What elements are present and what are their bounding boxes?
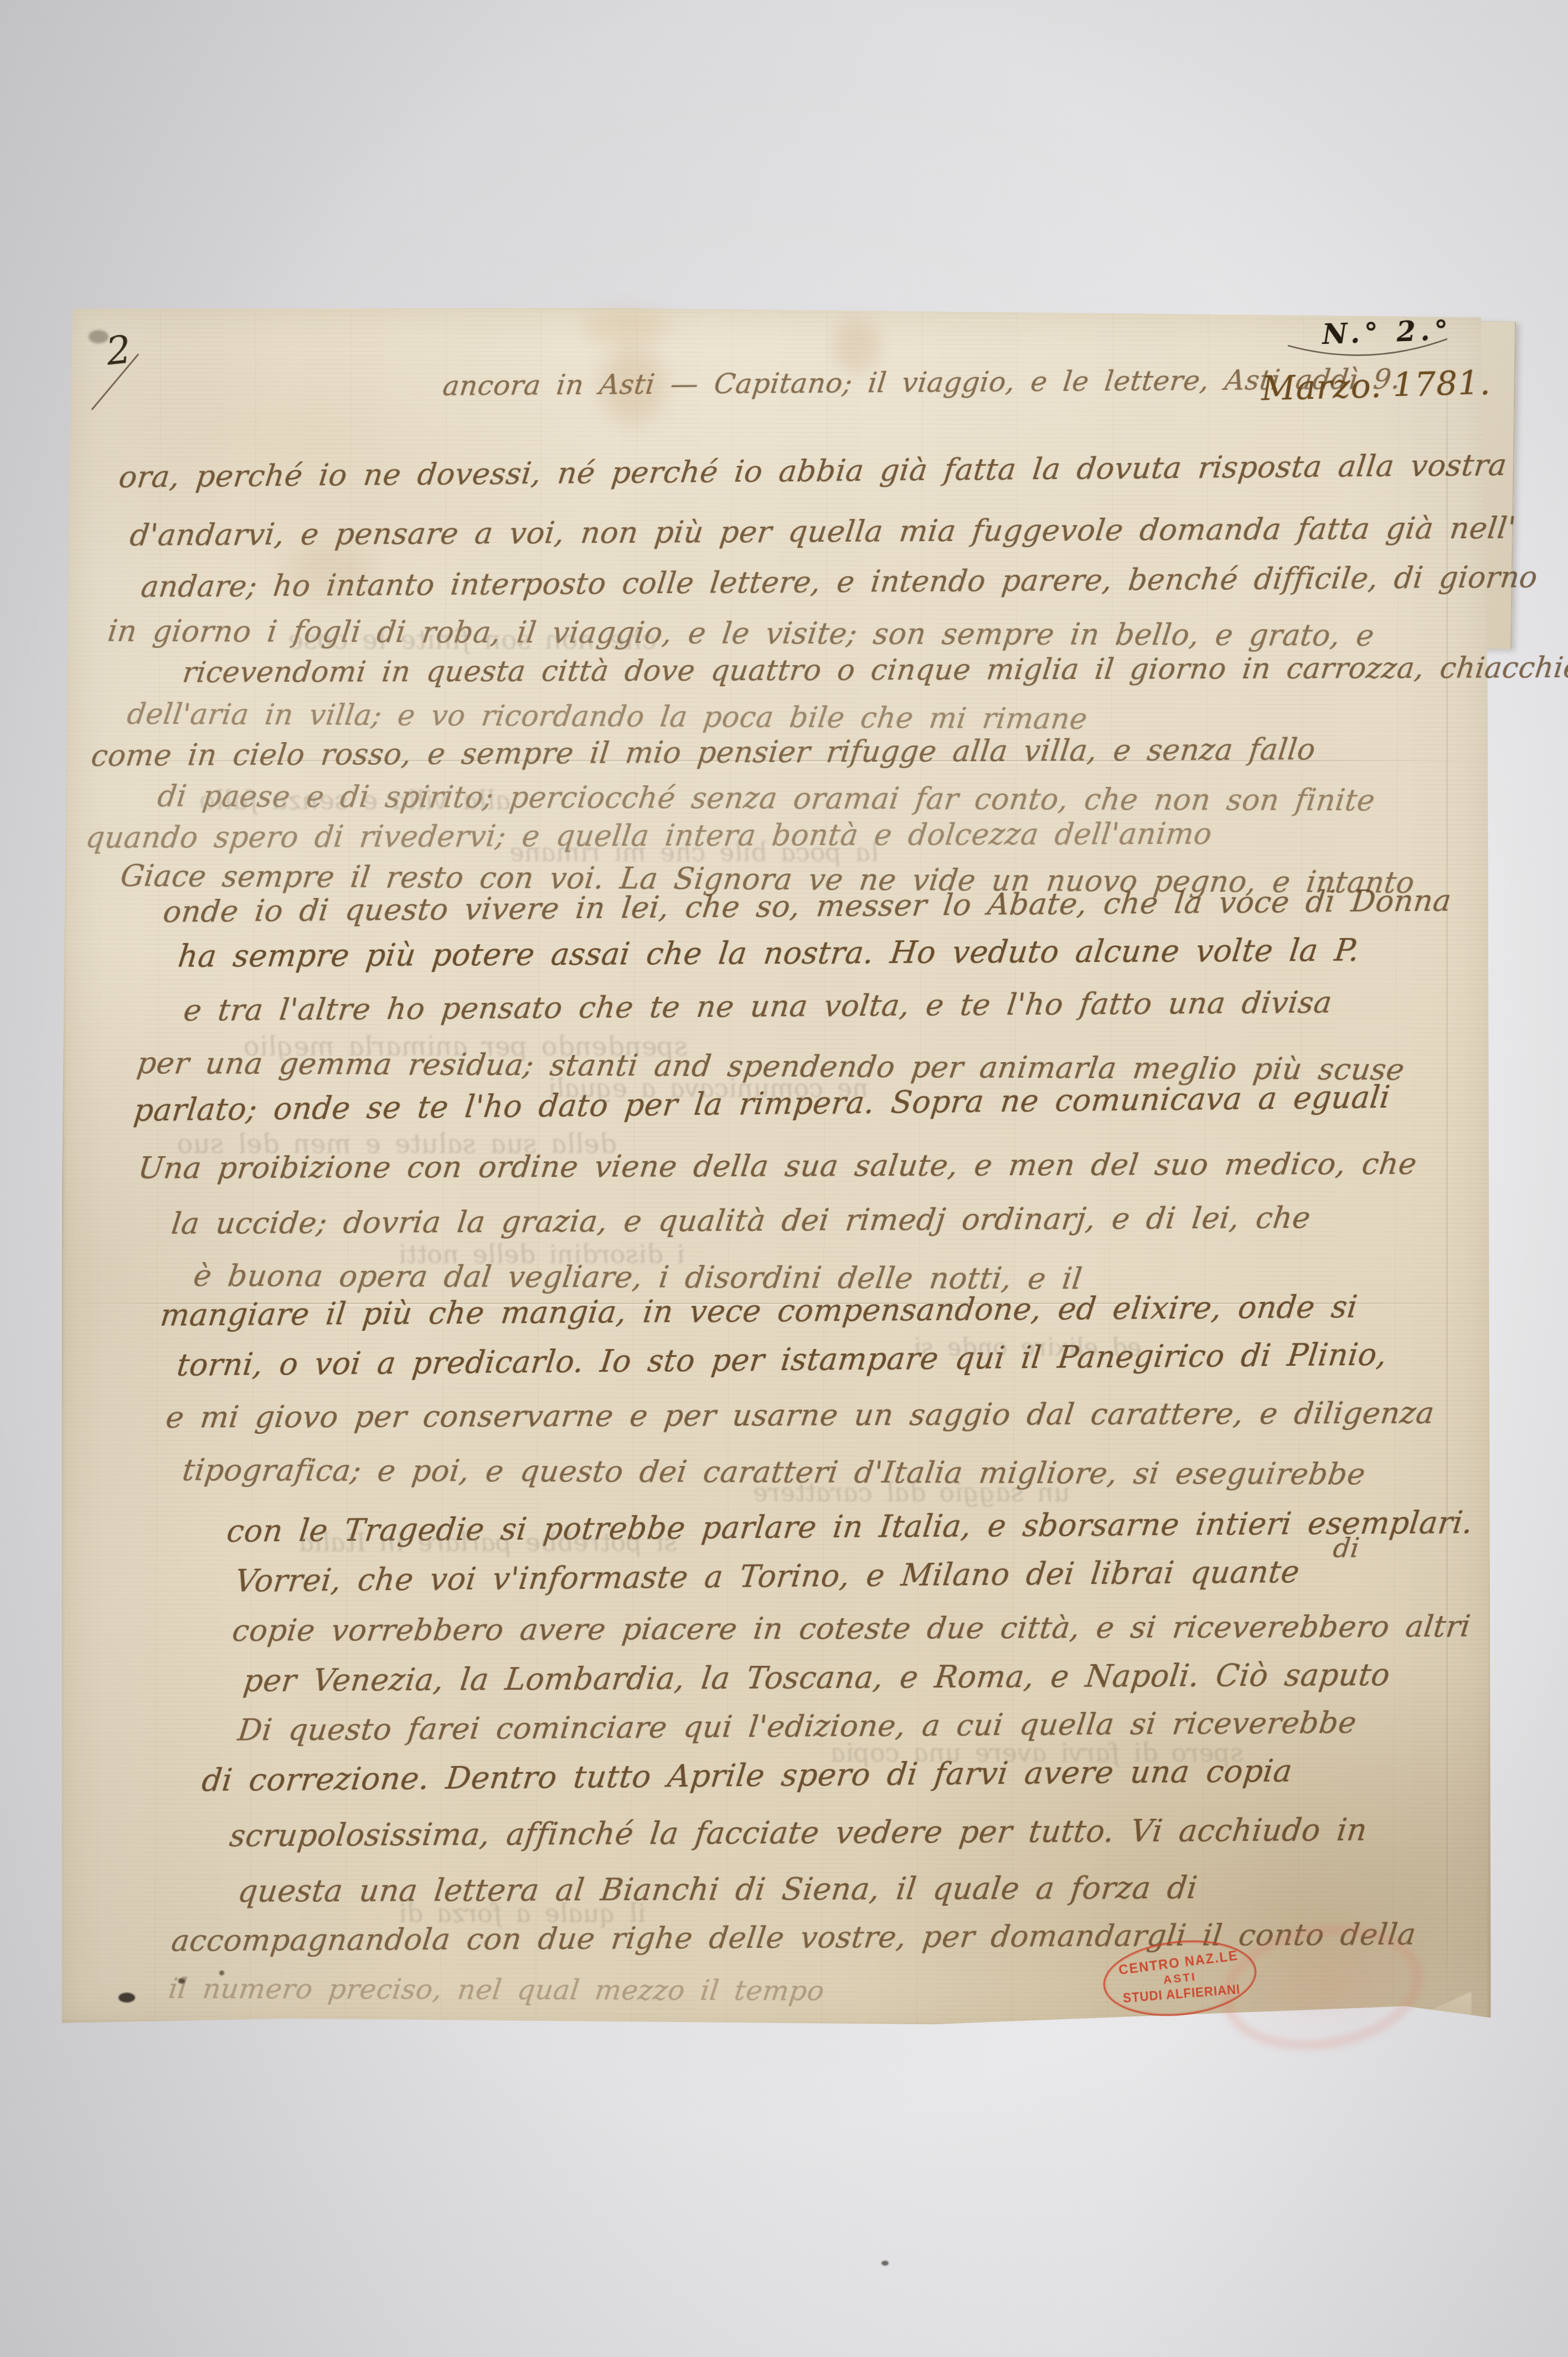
handwriting-line: ha sempre più potere assai che la nostra… [176, 933, 1361, 974]
paper-spot [178, 1978, 185, 1984]
bleedthrough-fragment: spero di farvi avere una copia [829, 1738, 1246, 1768]
bleedthrough-fragment: il quale a forza di [397, 1898, 648, 1928]
handwriting-line: per Venezia, la Lombardia, la Toscana, e… [241, 1657, 1392, 1699]
handwriting-line: come in cielo rosso, e sempre il mio pen… [89, 733, 1317, 773]
bleedthrough-fragment: si potrebbe parlare in Italia [297, 1527, 679, 1557]
handwriting-line: la uccide; dovria la grazia, e qualità d… [169, 1200, 1312, 1241]
handwriting-line: ancora in Asti — Capitano; il viaggio, e… [441, 363, 1402, 402]
paper-spot [881, 2261, 889, 2266]
archive-stamp-line2: ASTI [1163, 1970, 1197, 1987]
paper-spot [118, 1993, 135, 2003]
paper-spot [584, 310, 667, 343]
handwriting-line: di [1332, 1533, 1361, 1564]
bleedthrough-fragment: ne comunicava a eguali [546, 1073, 871, 1103]
paper-spot [219, 1970, 224, 1975]
paper-spot [601, 348, 664, 423]
bleedthrough-fragment: della sua salute e men del suo [176, 1129, 618, 1160]
bleedthrough-fragment: ed elixire onde si [912, 1334, 1143, 1362]
handwriting-line: e tra l'altre ho pensato che te ne una v… [182, 985, 1334, 1028]
bleedthrough-fragment: spendendo per animarla meglio [242, 1031, 690, 1062]
handwriting-line: Vorrei, che voi v'informaste a Torino, e… [233, 1554, 1301, 1599]
handwriting-line: copie vorrebbero avere piacere in cotest… [230, 1609, 1472, 1648]
handwriting-line: mangiare il più che mangia, in vece comp… [158, 1289, 1359, 1333]
bleedthrough-fragment: la poca bile che mi rimane [508, 837, 881, 867]
handwriting-line: ricevendomi in questa città dove quattro… [180, 651, 1568, 689]
handwriting-line: dell'aria in villa; e vo ricordando la p… [125, 698, 1089, 736]
bleedthrough-fragment: i disordini delle notti [397, 1239, 687, 1269]
paper-spot [285, 543, 371, 598]
bleedthrough-fragment: alla villa e senza fallo [198, 785, 513, 816]
archive-stamp-line3: STUDI ALFIERIANI [1122, 1982, 1241, 2006]
handwriting-line: scrupolosissima, affinché la facciate ve… [228, 1812, 1369, 1854]
paper-spot [833, 320, 880, 371]
bleedthrough-fragment: un saggio dal carattere [751, 1478, 1072, 1507]
handwriting-line: il numero preciso, nel qual mezzo il tem… [167, 1973, 826, 2007]
bleedthrough-fragment: che non son finite le cose [286, 625, 659, 656]
handwriting-line: questa una lettera al Bianchi di Siena, … [236, 1870, 1199, 1909]
handwriting-line: torni, o voi a predicarlo. Io sto per is… [175, 1337, 1389, 1383]
handwriting-line: e mi giovo per conservarne e per usarne … [164, 1396, 1436, 1435]
folio-underline-flourish [1286, 334, 1452, 366]
handwriting-line: ora, perché io ne dovessi, né perché io … [117, 447, 1508, 495]
date-line: Marzo. 1781. [1261, 364, 1491, 409]
corner-page-number: 2 [104, 327, 133, 374]
